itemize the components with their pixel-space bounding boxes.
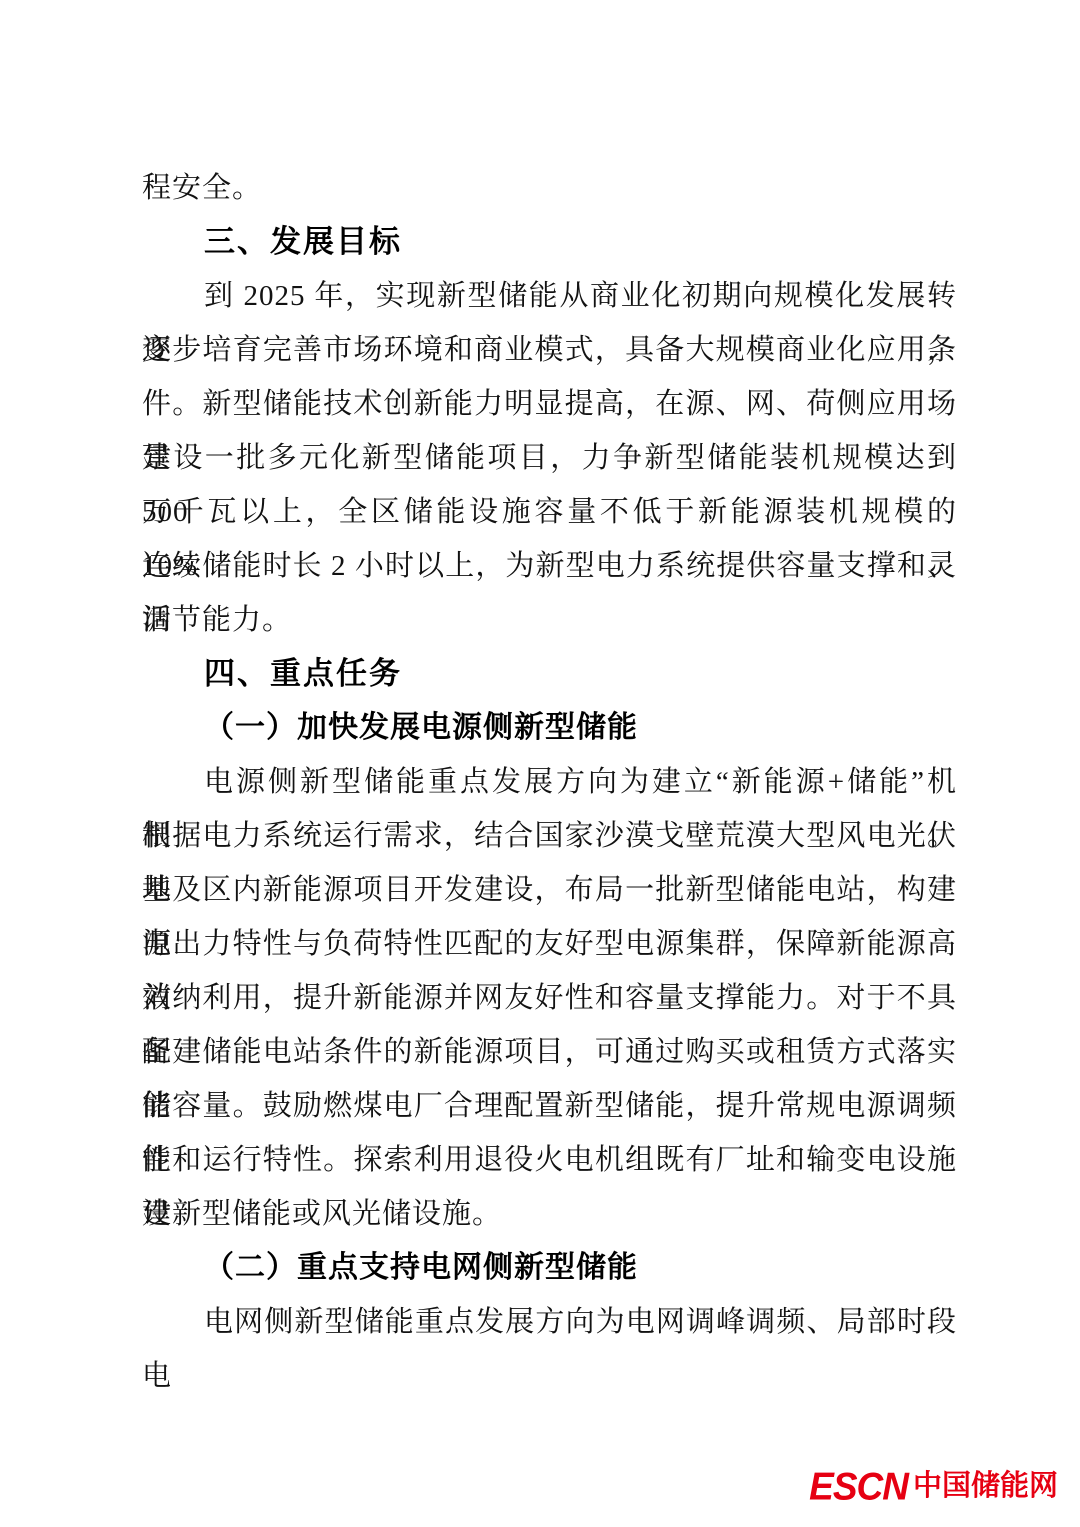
escn-logo-latin: ESCN <box>809 1467 908 1506</box>
escn-logo: ESCN 中国储能网 <box>809 1468 1058 1505</box>
text-line: 建设一批多元化新型储能项目，力争新型储能装机规模达到 500 <box>142 431 957 485</box>
text-line: 能容量。鼓励燃煤电厂合理配置新型储能，提升常规电源调频性 <box>142 1079 957 1133</box>
text-line: 程安全。 <box>142 161 957 215</box>
text-line: 调节能力。 <box>142 593 957 647</box>
subsection-heading-2: （二）重点支持电网侧新型储能 <box>142 1241 957 1295</box>
text-line: 能和运行特性。探索利用退役火电机组既有厂址和输变电设施建 <box>142 1133 957 1187</box>
section-heading-3: 三、发展目标 <box>142 215 957 269</box>
text-line: 万千瓦以上，全区储能设施容量不低于新能源装机规模的 10%、 <box>142 485 957 539</box>
text-line: 设新型储能或风光储设施。 <box>142 1187 957 1241</box>
text-line: 电源侧新型储能重点发展方向为建立“新能源+储能”机制。 <box>142 755 957 809</box>
text-line: 件。新型储能技术创新能力明显提高，在源、网、荷侧应用场景 <box>142 377 957 431</box>
text-line: 根据电力系统运行需求，结合国家沙漠戈壁荒漠大型风电光伏基 <box>142 809 957 863</box>
text-line: 源出力特性与负荷特性匹配的友好型电源集群，保障新能源高效 <box>142 917 957 971</box>
document-body: 程安全。 三、发展目标 到 2025 年，实现新型储能从商业化初期向规模化发展转… <box>142 161 957 1349</box>
escn-logo-cjk: 中国储能网 <box>913 1472 1058 1501</box>
text-line: 电网侧新型储能重点发展方向为电网调峰调频、局部时段电 <box>142 1295 957 1349</box>
document-page: 程安全。 三、发展目标 到 2025 年，实现新型储能从商业化初期向规模化发展转… <box>0 0 1080 1527</box>
section-heading-4: 四、重点任务 <box>142 647 957 701</box>
text-line: 消纳利用，提升新能源并网友好性和容量支撑能力。对于不具备 <box>142 971 957 1025</box>
text-line: 连续储能时长 2 小时以上，为新型电力系统提供容量支撑和灵活 <box>142 539 957 593</box>
text-line: 配建储能电站条件的新能源项目，可通过购买或租赁方式落实储 <box>142 1025 957 1079</box>
subsection-heading-1: （一）加快发展电源侧新型储能 <box>142 701 957 755</box>
text-line: 地及区内新能源项目开发建设，布局一批新型储能电站，构建电 <box>142 863 957 917</box>
text-line: 逐步培育完善市场环境和商业模式，具备大规模商业化应用条 <box>142 323 957 377</box>
text-line: 到 2025 年，实现新型储能从商业化初期向规模化发展转变， <box>142 269 957 323</box>
